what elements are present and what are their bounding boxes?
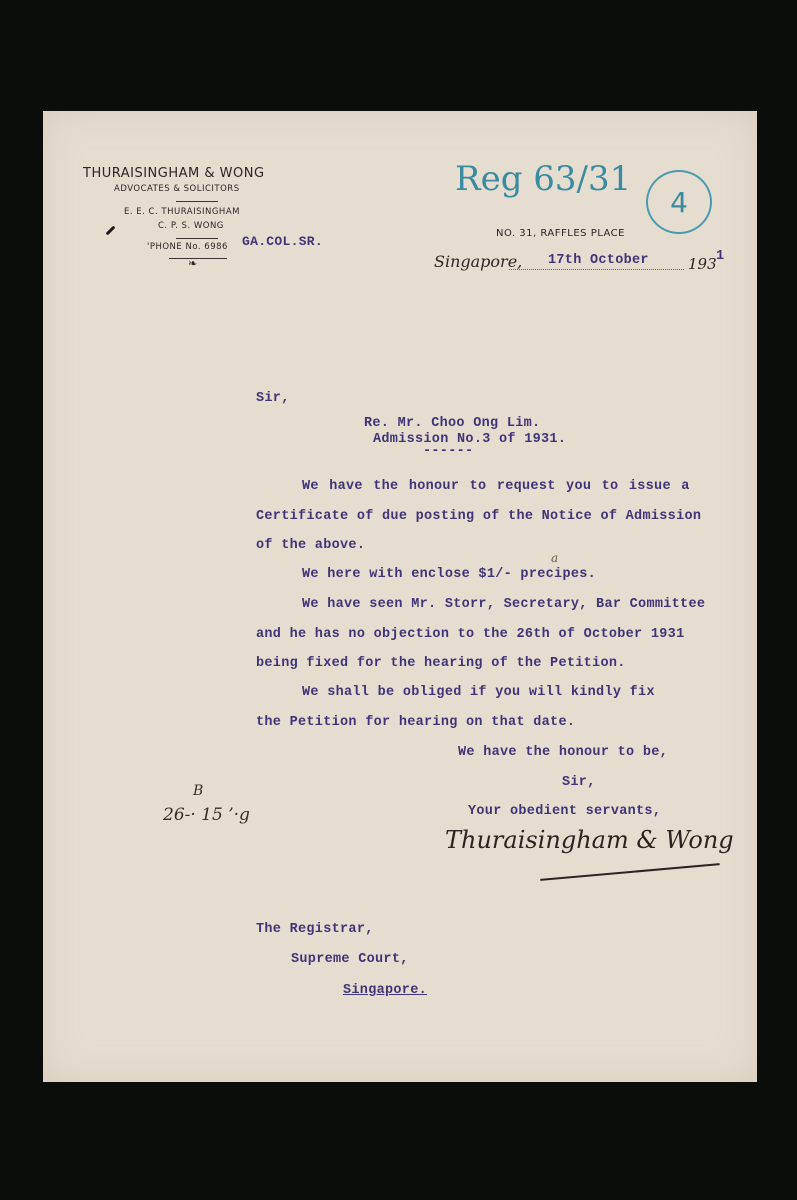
circled-number-value: 4 — [670, 186, 688, 219]
body-line-8: We shall be obliged if you will kindly f… — [302, 685, 655, 700]
partner-name-1: E. E. C. THURAISINGHAM — [124, 207, 240, 217]
phone-number: 'PHONE No. 6986 — [147, 242, 228, 252]
firm-tagline: ADVOCATES & SOLICITORS — [114, 184, 240, 194]
ornament-icon: ❧ — [188, 257, 198, 270]
margin-note-top: B — [193, 783, 203, 799]
closing-line-1: We have the honour to be, — [458, 745, 668, 760]
year-prefix: 193 — [688, 255, 717, 273]
closing-line-3: Your obedient servants, — [468, 804, 661, 819]
addressee-line-1: The Registrar, — [256, 922, 374, 937]
insert-annotation: a — [551, 551, 558, 565]
signature: Thuraisingham & Wong — [445, 826, 734, 854]
registry-number: Reg 63/31 — [455, 159, 631, 199]
letter-date: 17th October — [548, 253, 649, 268]
ink-mark — [106, 226, 116, 236]
addressee-line-3: Singapore. — [343, 983, 427, 998]
re-line-1: Re. Mr. Choo Ong Lim. — [364, 416, 540, 431]
firm-name: THURAISINGHAM & WONG — [83, 166, 265, 181]
signature-underline — [540, 863, 720, 882]
year-suffix: 1 — [716, 249, 724, 264]
letterhead-divider — [169, 258, 227, 259]
body-line-2: Certificate of due posting of the Notice… — [256, 509, 701, 524]
body-line-1: We have the honour to request you to iss… — [302, 479, 690, 494]
date-dotted-line — [509, 269, 684, 270]
closing-line-2: Sir, — [562, 775, 596, 790]
body-line-5: We have seen Mr. Storr, Secretary, Bar C… — [302, 597, 705, 612]
margin-note: 26-· 15 ’·g — [163, 805, 250, 825]
salutation: Sir, — [256, 391, 290, 406]
body-line-6: and he has no objection to the 26th of O… — [256, 627, 684, 642]
addressee-line-2: Supreme Court, — [291, 952, 409, 967]
body-line-9: the Petition for hearing on that date. — [256, 715, 575, 730]
re-underline: ------ — [423, 444, 473, 459]
letterhead-divider — [176, 238, 218, 239]
letter-page: THURAISINGHAM & WONG ADVOCATES & SOLICIT… — [43, 111, 757, 1082]
partner-name-2: C. P. S. WONG — [158, 221, 224, 231]
letterhead-divider — [176, 201, 218, 202]
body-line-3: of the above. — [256, 538, 365, 553]
firm-address: NO. 31, RAFFLES PLACE — [496, 228, 625, 239]
body-line-4: We here with enclose $1/- precipes. — [302, 567, 596, 582]
stamp-reference: GA.COL.SR. — [242, 234, 323, 249]
circled-number: 4 — [646, 170, 712, 234]
body-line-7: being fixed for the hearing of the Petit… — [256, 656, 626, 671]
